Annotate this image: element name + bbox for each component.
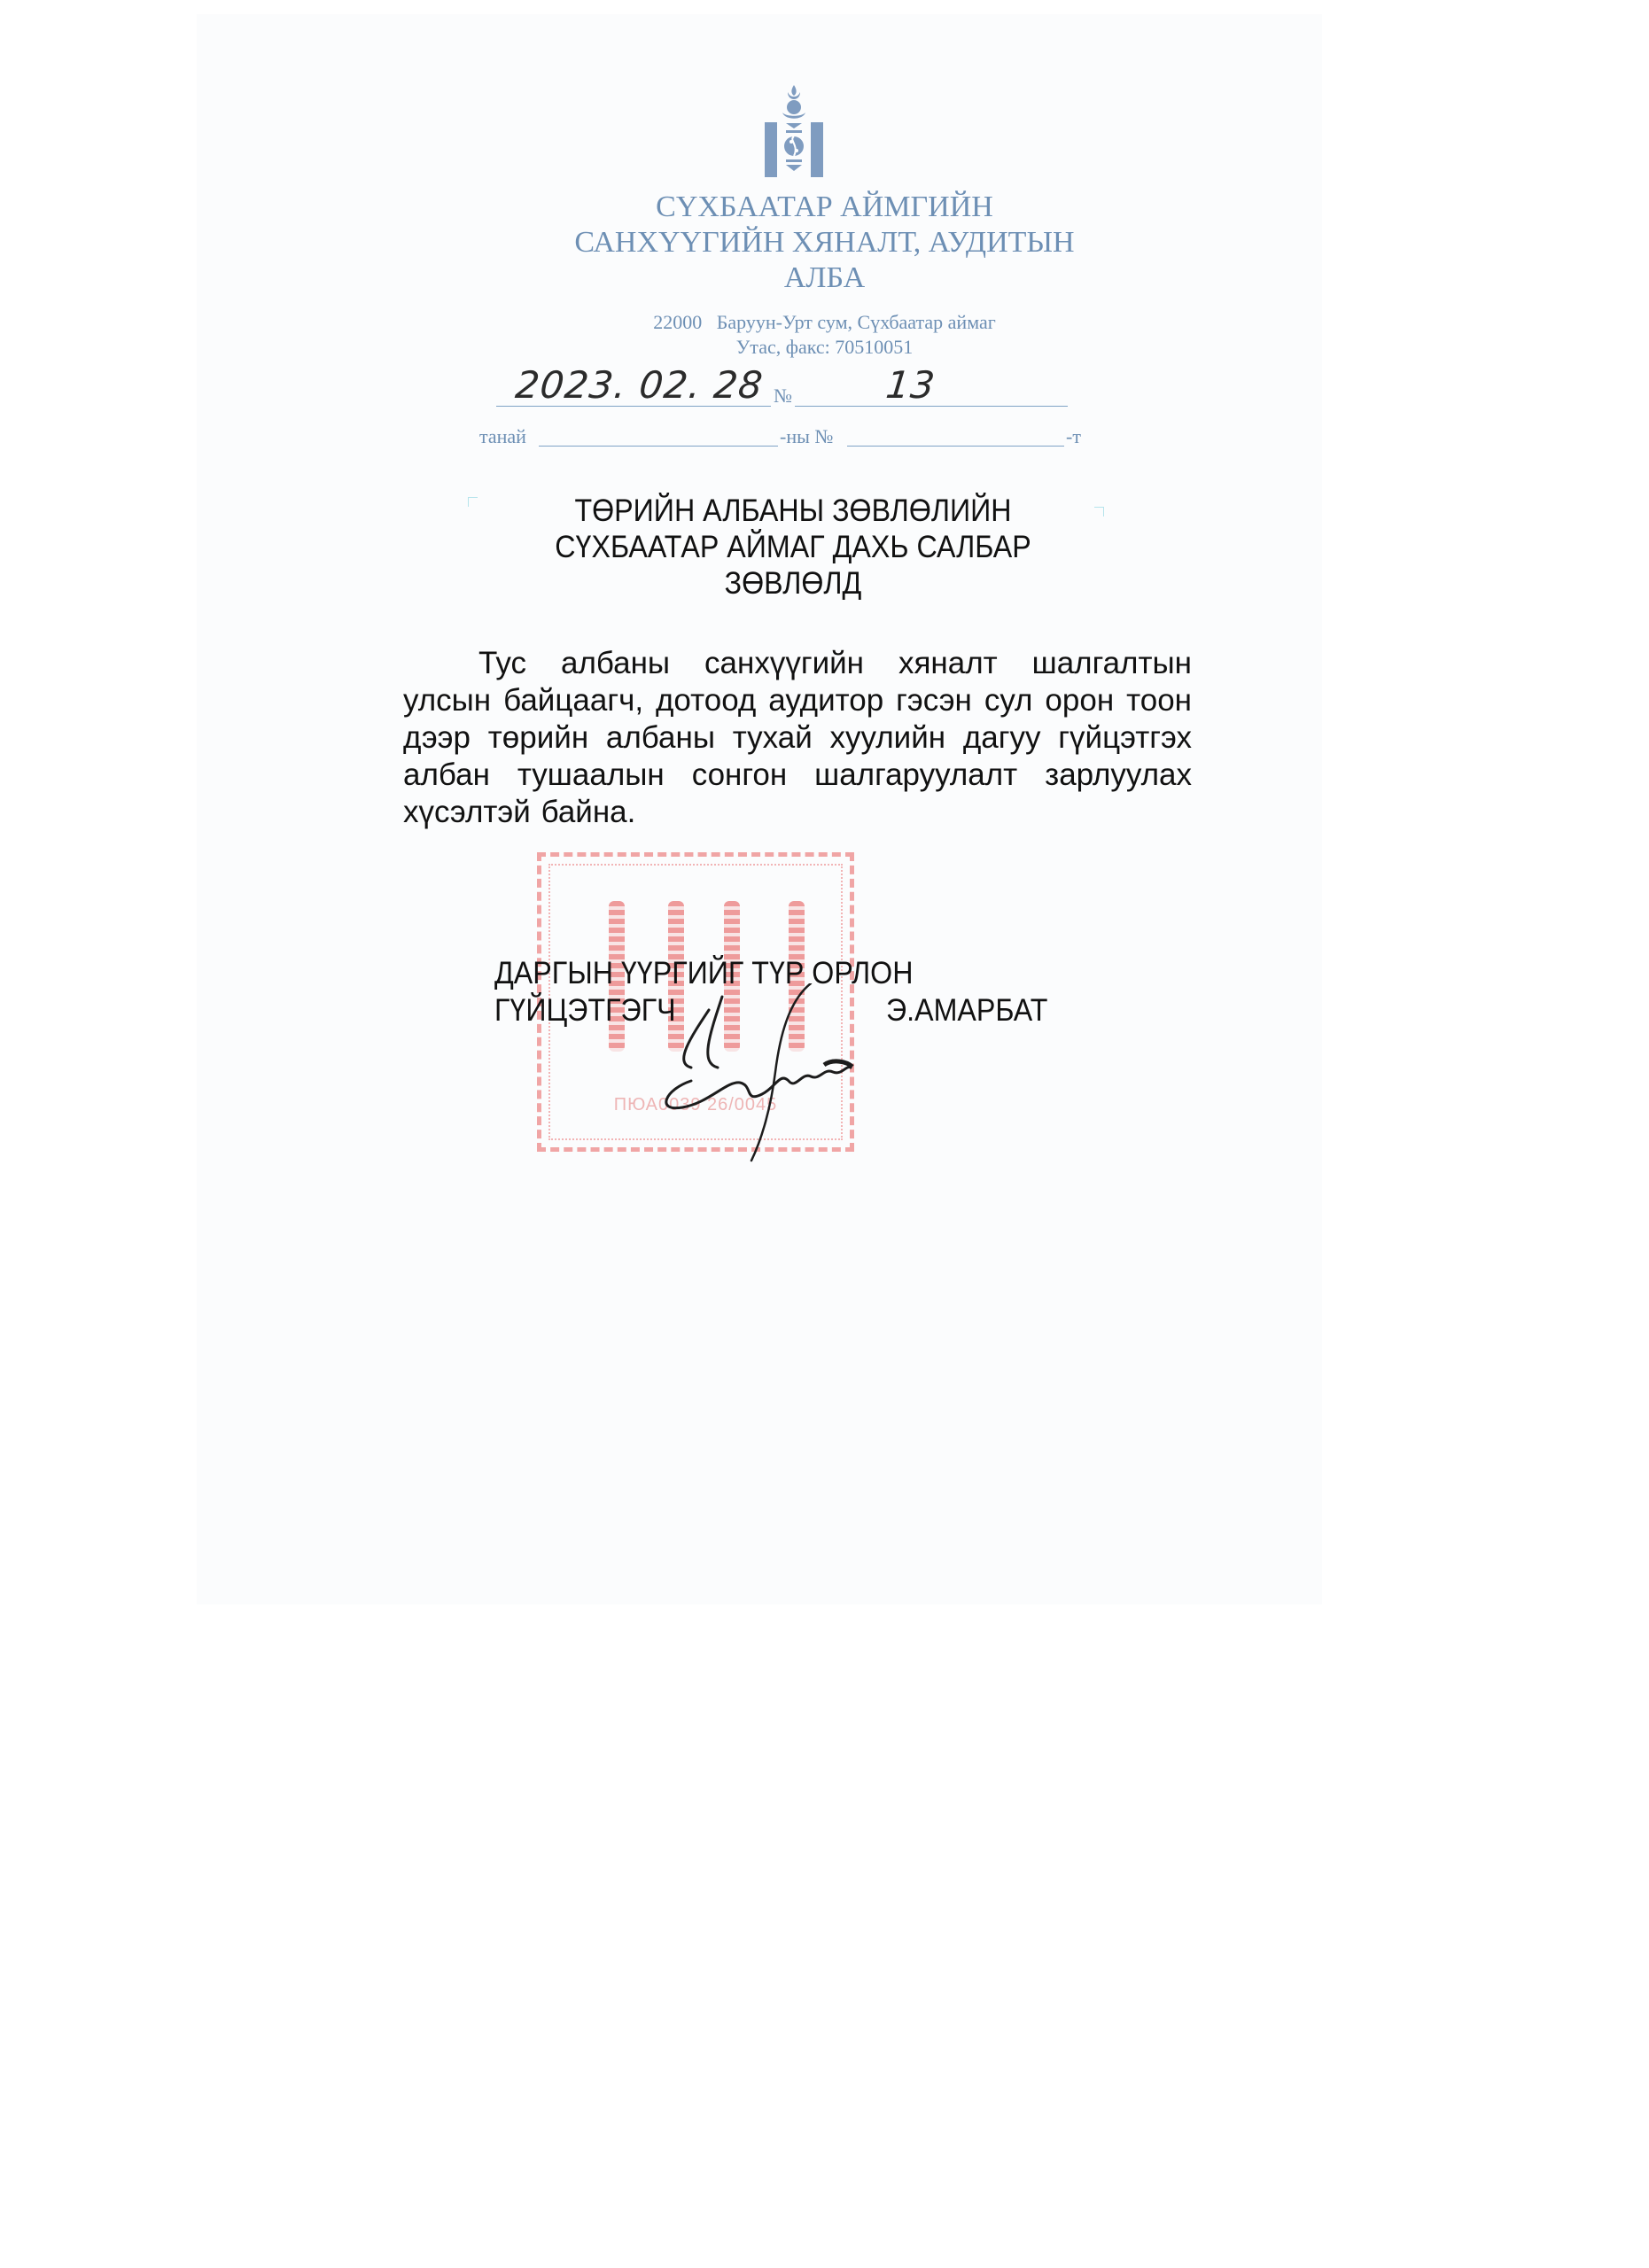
addressee-line: ЗӨВЛӨЛД [64, 565, 1523, 602]
number-label: № [774, 384, 792, 408]
date-underline [496, 406, 771, 407]
your-date-underline [539, 446, 778, 447]
org-name-line: САНХҮҮГИЙН ХЯНАЛТ, АУДИТЫН [0, 225, 1649, 260]
org-contact: 22000 Баруун-Урт сум, Сүхбаатар аймаг Ут… [0, 310, 1649, 360]
letter-date: 2023. 02. 28 [513, 363, 765, 407]
suffix-label: -т [1066, 425, 1081, 448]
addressee-line: ТӨРИЙН АЛБАНЫ ЗӨВЛӨЛИЙН [64, 493, 1523, 529]
addressee-line: СҮХБААТАР АЙМАГ ДАХЬ САЛБАР [64, 529, 1523, 565]
org-phone: Утас, факс: 70510051 [0, 335, 1649, 360]
handwritten-signature-icon [656, 983, 886, 1165]
letter-body: Тус албаны санхүүгийн хяналт шалгалтын у… [403, 645, 1192, 831]
org-address: 22000 Баруун-Урт сум, Сүхбаатар аймаг [0, 310, 1649, 335]
organization-name: СҮХБААТАР АЙМГИЙН САНХҮҮГИЙН ХЯНАЛТ, АУД… [0, 190, 1649, 296]
official-letter: СҮХБААТАР АЙМГИЙН САНХҮҮГИЙН ХЯНАЛТ, АУД… [0, 0, 1649, 2268]
org-name-line: АЛБА [0, 260, 1649, 296]
soyombo-emblem-icon [762, 83, 826, 183]
your-label: танай [479, 425, 526, 448]
your-number-label: -ны № [780, 425, 833, 448]
signer-name: Э.АМАРБАТ [886, 992, 1047, 1029]
org-name-line: СҮХБААТАР АЙМГИЙН [0, 190, 1649, 225]
addressee: ТӨРИЙН АЛБАНЫ ЗӨВЛӨЛИЙН СҮХБААТАР АЙМАГ … [64, 493, 1523, 602]
letter-number: 13 [883, 363, 937, 407]
your-number-underline [847, 446, 1064, 447]
